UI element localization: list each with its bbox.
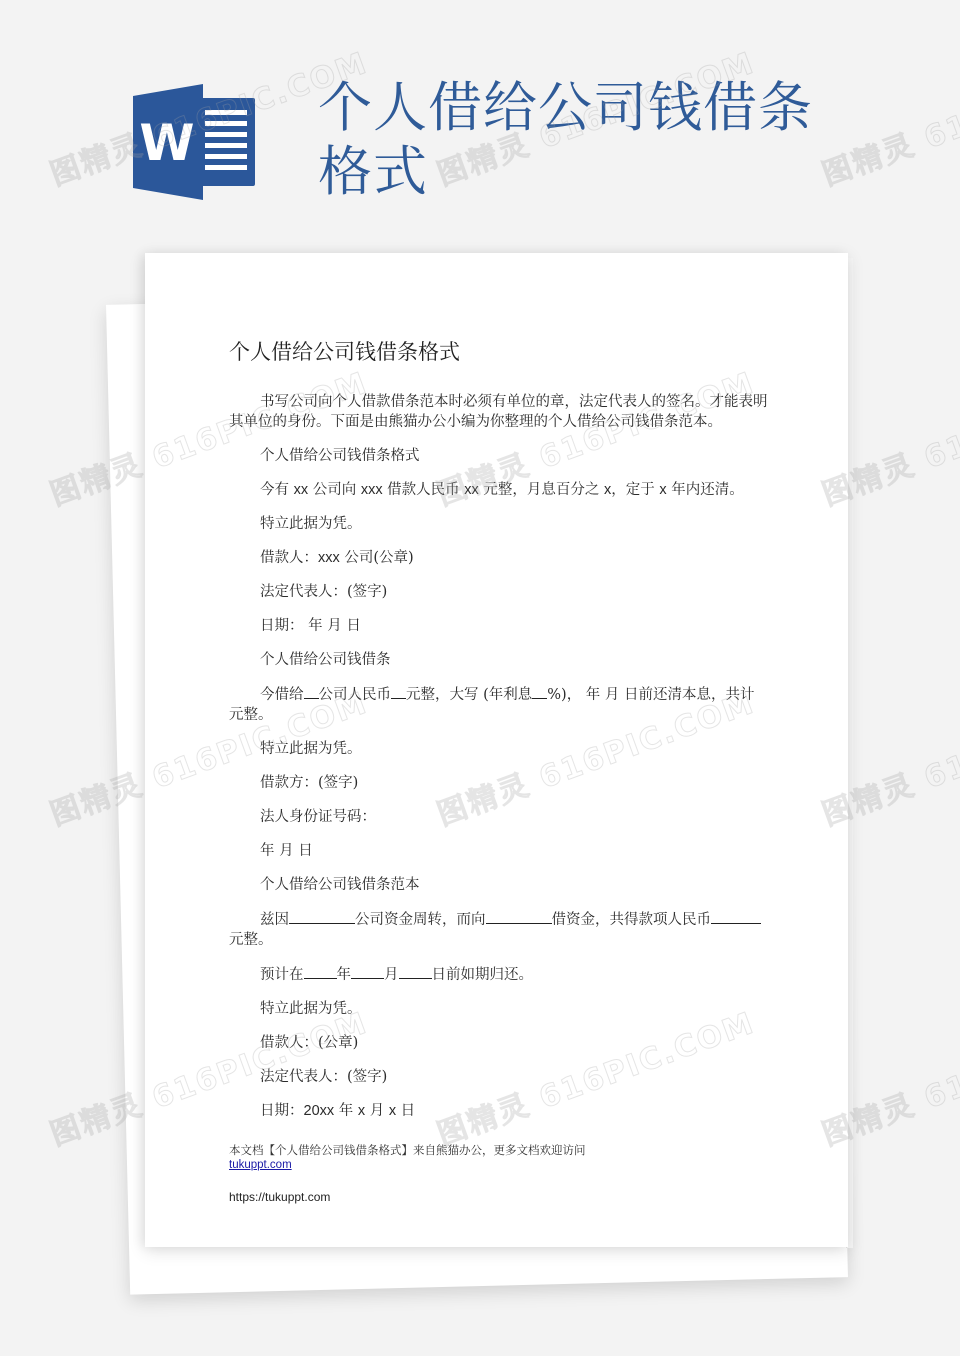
section2-body: 今借给公司人民币元整，大写 (年利息%)， 年 月 日前还清本息，共计 元整。 <box>229 684 769 725</box>
blank-field <box>351 964 384 979</box>
section3-date: 日期：20xx 年 x 月 x 日 <box>229 1101 769 1121</box>
blank-field <box>391 684 406 699</box>
section3-line2: 特立此据为凭。 <box>229 999 769 1019</box>
blank-field <box>289 909 355 924</box>
section3-repay: 预计在年月日前如期归还。 <box>229 964 769 985</box>
document-title: 个人借给公司钱借条格式 <box>229 335 769 369</box>
section2-line2: 特立此据为凭。 <box>229 739 769 759</box>
blank-field <box>486 909 552 924</box>
section3-heading: 个人借给公司钱借条范本 <box>229 875 769 895</box>
footer-link[interactable]: tukuppt.com <box>229 1158 789 1173</box>
blank-field <box>399 964 432 979</box>
blank-field <box>532 684 547 699</box>
section1-line1: 今有 xx 公司向 xxx 借款人民币 xx 元整，月息百分之 x，定于 x 年… <box>229 480 769 500</box>
section3-body: 兹因公司资金周转，而向借资金，共得款项人民币元整。 <box>229 909 769 950</box>
svg-text:W: W <box>139 114 194 172</box>
footer-note: 本文档【个人借给公司钱借条格式】来自熊猫办公，更多文档欢迎访问 tukuppt.… <box>229 1143 789 1173</box>
section3-legal-rep: 法定代表人：(签字) <box>229 1067 769 1087</box>
blank-field <box>711 909 761 924</box>
footer-note-text: 本文档【个人借给公司钱借条格式】来自熊猫办公，更多文档欢迎访问 <box>229 1143 586 1157</box>
section2-borrower: 借款方：(签字) <box>229 773 769 793</box>
section1-line2: 特立此据为凭。 <box>229 514 769 534</box>
document-body: 个人借给公司钱借条格式 书写公司向个人借款借条范本时必须有单位的章，法定代表人的… <box>229 335 769 1121</box>
section1-borrower: 借款人：xxx 公司(公章) <box>229 548 769 568</box>
footer-url: https://tukuppt.com <box>229 1190 330 1204</box>
section2-id-number: 法人身份证号码： <box>229 807 769 827</box>
section1-date: 日期： 年 月 日 <box>229 616 769 636</box>
header-title: 个人借给公司钱借条格式 <box>318 76 838 204</box>
blank-field <box>304 964 337 979</box>
section3-borrower: 借款人：(公章) <box>229 1033 769 1053</box>
intro-paragraph: 书写公司向个人借款借条范本时必须有单位的章，法定代表人的签名。才能表明其单位的身… <box>229 392 769 432</box>
section1-heading: 个人借给公司钱借条格式 <box>229 446 769 466</box>
word-document-icon: W <box>133 84 257 200</box>
section2-heading: 个人借给公司钱借条 <box>229 650 769 670</box>
blank-field <box>304 684 319 699</box>
section2-date: 年 月 日 <box>229 841 769 861</box>
section1-legal-rep: 法定代表人：(签字) <box>229 582 769 602</box>
